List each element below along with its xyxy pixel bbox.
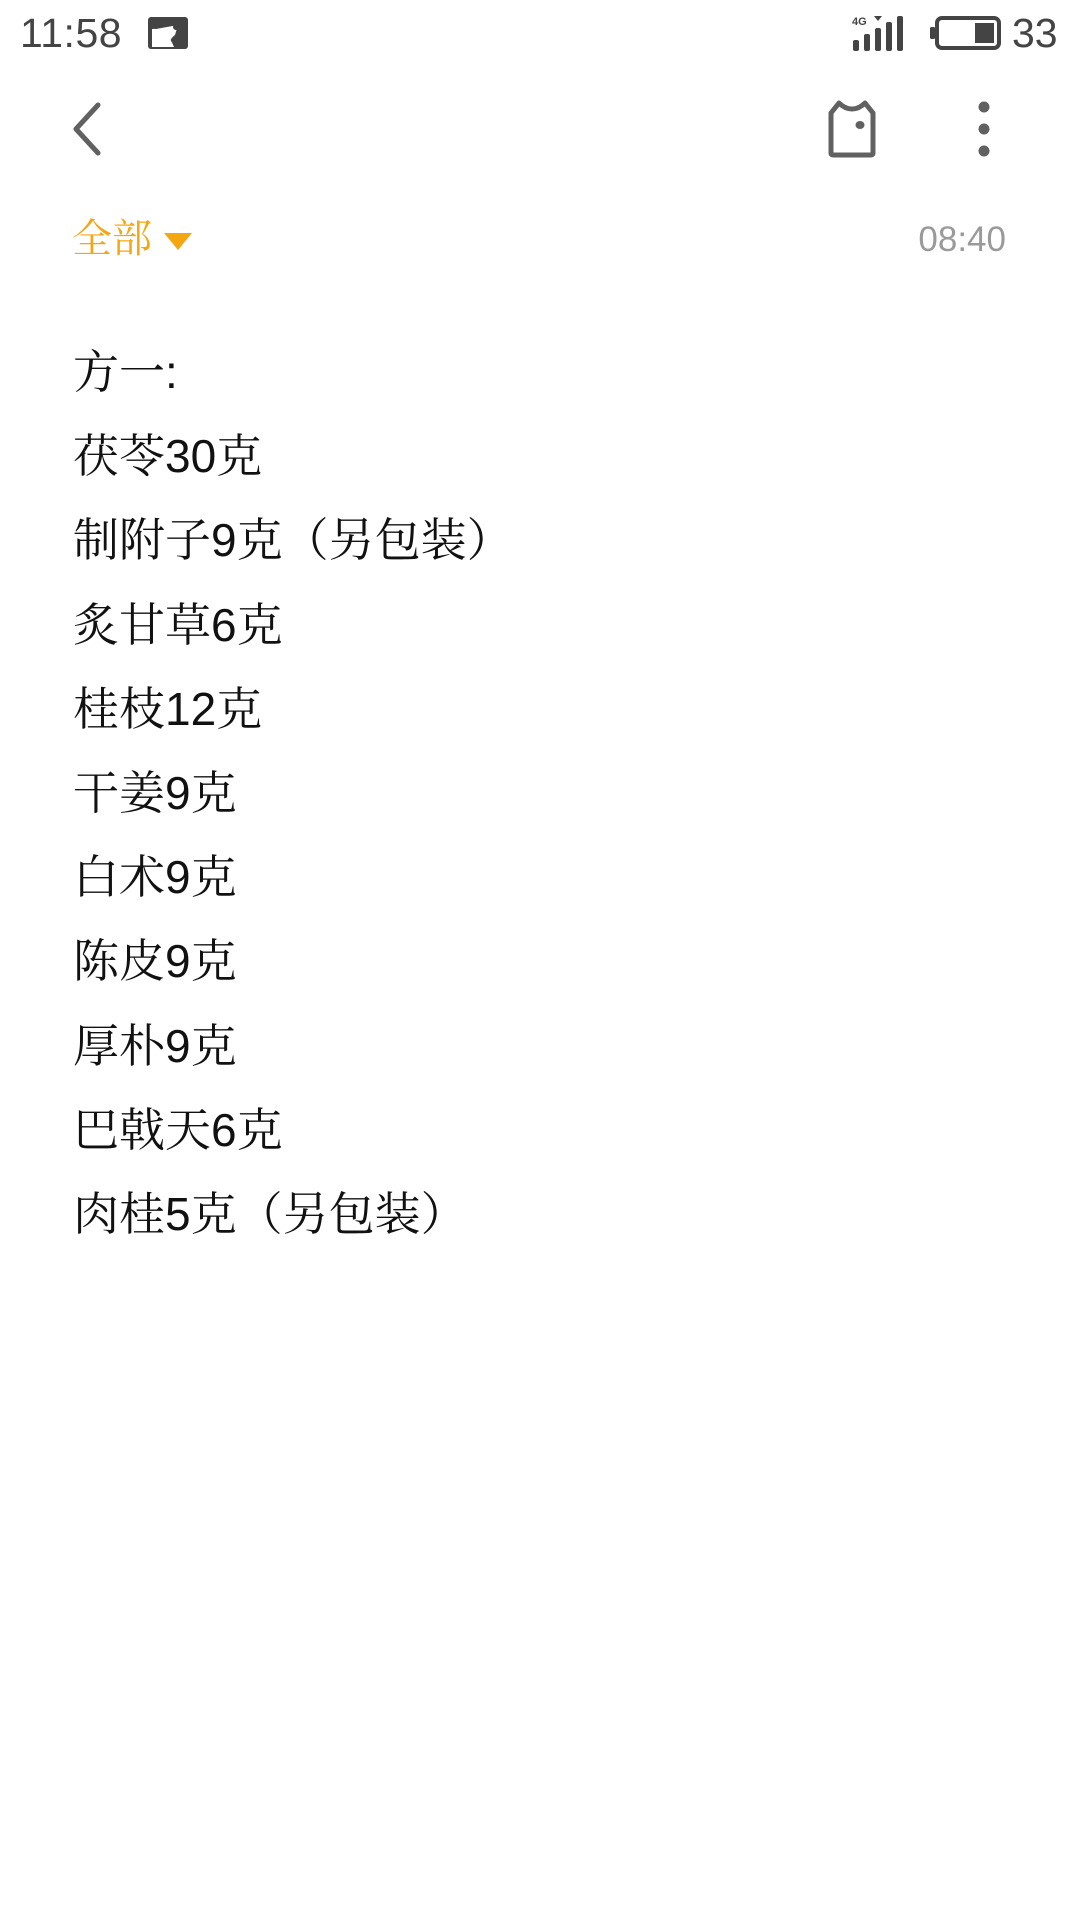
battery-level: 33 (1012, 10, 1058, 56)
note-timestamp: 08:40 (918, 218, 1006, 262)
tag-button[interactable] (810, 86, 894, 176)
note-line: 炙甘草6克 (73, 583, 1013, 667)
note-line: 茯苓30克 (73, 414, 1013, 498)
category-label: 全部 (72, 212, 152, 266)
note-line: 桂枝12克 (73, 667, 1013, 751)
note-line: 白术9克 (73, 835, 1013, 919)
status-bar: 11:58 4G 33 (0, 0, 1080, 66)
note-content-editor[interactable]: 方一: 茯苓30克 制附子9克（另包装） 炙甘草6克 桂枝12克 干姜9克 白术… (73, 330, 1013, 1256)
status-time: 11:58 (20, 10, 122, 56)
battery-icon (930, 16, 1002, 50)
note-line: 制附子9克（另包装） (73, 498, 1013, 582)
svg-text:4G: 4G (852, 16, 867, 28)
category-dropdown[interactable]: 全部 (72, 212, 192, 266)
signal-4g-icon: 4G (852, 14, 910, 52)
note-line: 方一: (73, 330, 1013, 414)
tag-icon (825, 99, 879, 164)
note-line: 巴戟天6克 (73, 1088, 1013, 1172)
chevron-left-icon (66, 101, 106, 162)
note-line: 厚朴9克 (73, 1004, 1013, 1088)
note-line: 干姜9克 (73, 751, 1013, 835)
caret-down-icon (164, 233, 192, 250)
note-line: 肉桂5克（另包装） (73, 1172, 1013, 1256)
more-vertical-icon (974, 99, 994, 164)
toolbar (0, 66, 1080, 196)
image-icon (148, 17, 188, 49)
note-meta-row: 全部 08:40 (0, 206, 1080, 272)
back-button[interactable] (44, 86, 128, 176)
more-options-button[interactable] (944, 86, 1024, 176)
note-line: 陈皮9克 (73, 919, 1013, 1003)
